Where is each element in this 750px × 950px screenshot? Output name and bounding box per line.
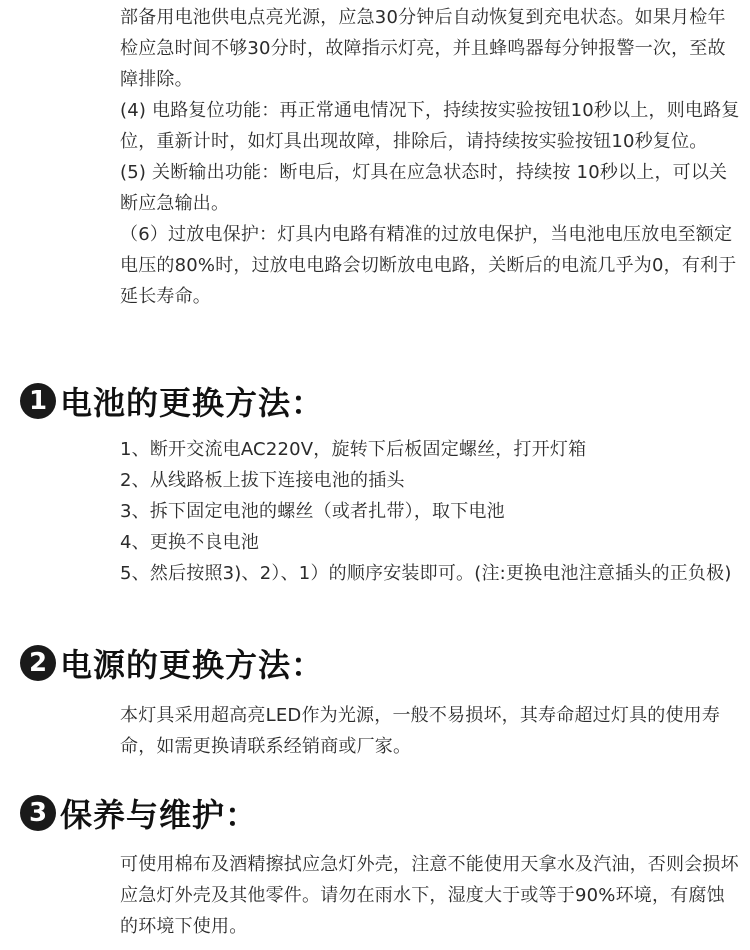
intro-paragraph-overdischarge: （6）过放电保护：灯具内电路有精准的过放电保护，当电池电压放电至额定电压的80%… [120,219,740,312]
light-source-replacement-text: 本灯具采用超高亮LED作为光源，一般不易损坏，其寿命超过灯具的使用寿命，如需更换… [120,700,740,762]
section-heading-battery-replacement: 1 电池的更换方法： [20,378,324,424]
intro-text-block: 部备用电池供电点亮光源，应急30分钟后自动恢复到充电状态。如果月检年检应急时间不… [120,2,740,312]
step-text: 拆下固定电池的螺丝（或者扎带），取下电池 [150,496,740,527]
step-text: 断开交流电AC220V，旋转下后板固定螺丝，打开灯箱 [150,434,740,465]
step-item: 4、 更换不良电池 [120,527,740,558]
section-title: 电源的更换方法： [60,640,324,686]
intro-paragraph-reset: (4) 电路复位功能：再正常通电情况下，持续按实验按钮10秒以上，则电路复位，重… [120,95,740,157]
step-number: 4、 [120,527,150,558]
section-body: 可使用棉布及酒精擦拭应急灯外壳，注意不能使用天拿水及汽油，否则会损坏应急灯外壳及… [120,849,740,942]
step-number: 3、 [120,496,150,527]
number-3-badge-icon: 3 [20,795,56,831]
step-text: 然后按照3)、2）、1）的顺序安装即可。(注:更换电池注意插头的正负极) [150,558,740,589]
number-2-badge-icon: 2 [20,645,56,681]
intro-paragraph-shutdown: (5) 关断输出功能：断电后，灯具在应急状态时，持续按 10秒以上，可以关断应急… [120,157,740,219]
step-number: 2、 [120,465,150,496]
step-number: 5、 [120,558,150,589]
section-body: 本灯具采用超高亮LED作为光源，一般不易损坏，其寿命超过灯具的使用寿命，如需更换… [120,700,740,762]
maintenance-text: 可使用棉布及酒精擦拭应急灯外壳，注意不能使用天拿水及汽油，否则会损坏应急灯外壳及… [120,849,740,942]
step-text: 从线路板上拔下连接电池的插头 [150,465,740,496]
number-1-badge-icon: 1 [20,383,56,419]
section-heading-maintenance: 3 保养与维护： [20,790,258,836]
section-title: 电池的更换方法： [60,378,324,424]
step-item: 1、 断开交流电AC220V，旋转下后板固定螺丝，打开灯箱 [120,434,740,465]
section-title: 保养与维护： [60,790,258,836]
step-item: 5、 然后按照3)、2）、1）的顺序安装即可。(注:更换电池注意插头的正负极) [120,558,740,589]
step-item: 3、 拆下固定电池的螺丝（或者扎带），取下电池 [120,496,740,527]
step-number: 1、 [120,434,150,465]
section-heading-light-source-replacement: 2 电源的更换方法： [20,640,324,686]
step-text: 更换不良电池 [150,527,740,558]
step-item: 2、 从线路板上拔下连接电池的插头 [120,465,740,496]
battery-replacement-steps: 1、 断开交流电AC220V，旋转下后板固定螺丝，打开灯箱 2、 从线路板上拔下… [120,434,740,589]
intro-paragraph-emergency: 部备用电池供电点亮光源，应急30分钟后自动恢复到充电状态。如果月检年检应急时间不… [120,2,740,95]
